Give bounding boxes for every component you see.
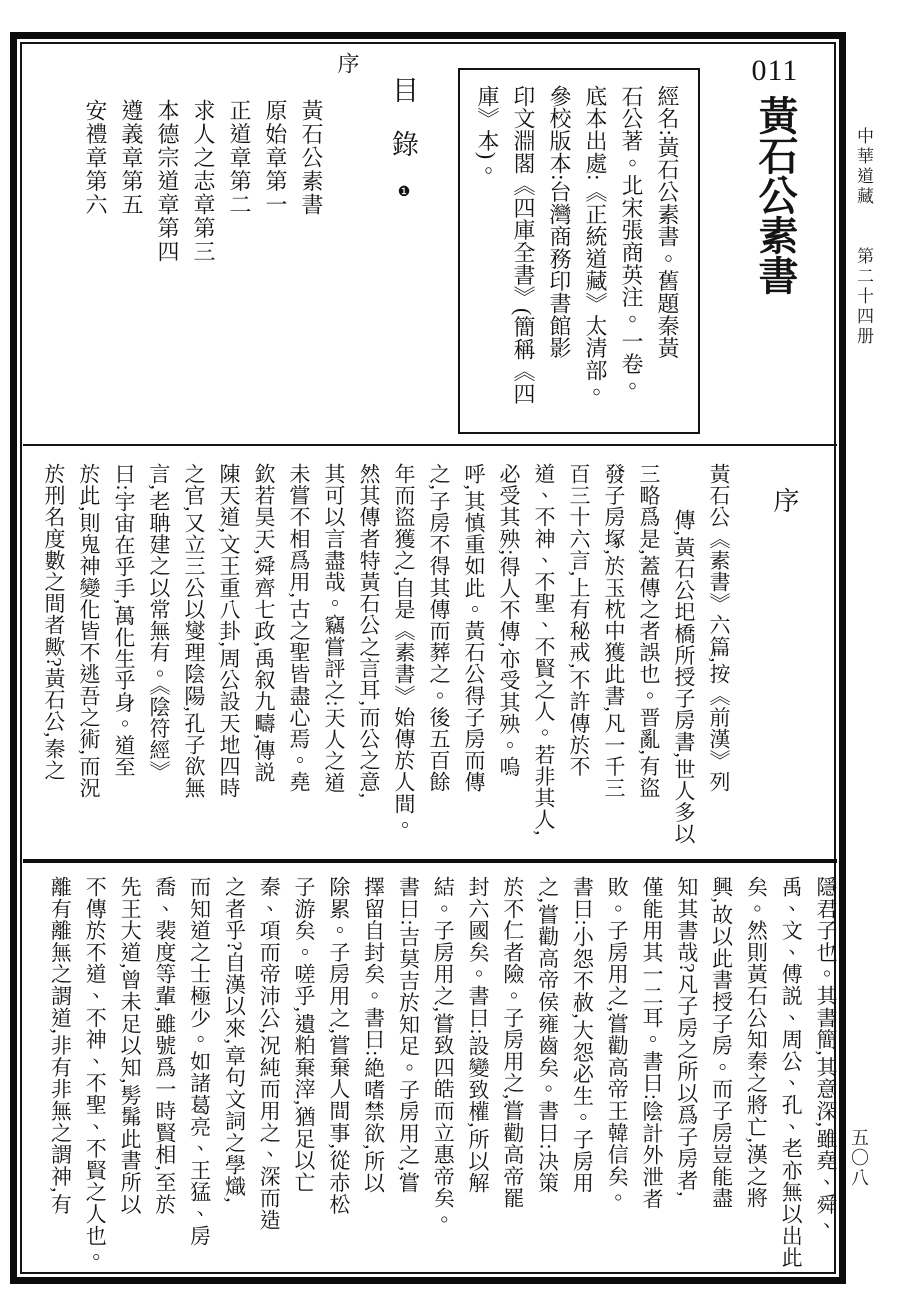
bibliography-columns: 經名:黃石公素書。舊題秦黃石公著。北宋張商英注。一卷。底本出處:《正統道藏》太清… [470, 85, 685, 417]
preface-section: 序 黃石公《素書》六篇,按《前漢》列傳,黃石公圯橋所授子房書,世人多以三略爲是,… [45, 463, 802, 854]
text-column: 黃石公《素書》六篇,按《前漢》列 [701, 463, 736, 854]
book-title: 黃石公素書 [755, 95, 795, 295]
page-number: 五〇八 [846, 1128, 872, 1218]
section-divider-top [23, 444, 837, 446]
bibliography-column: 經名:黃石公素書。舊題秦黃 [649, 85, 685, 417]
body-section: 隱君子也。其書簡,其意深,雖堯、舜、禹、文、傅説、周公、孔、老亦無以出此矣。然則… [40, 876, 843, 1282]
text-column: 三略爲是,蓋傳之者誤也。晋亂,有盜 [631, 463, 666, 854]
text-column: 僅能用其一二耳。書曰:陰計外泄者 [634, 876, 669, 1282]
text-column: 敗。子房用之,嘗勸高帝王韓信矣。 [599, 876, 634, 1282]
section-divider-middle [23, 859, 837, 863]
entry-number: 011 [733, 54, 817, 87]
text-column: 必受其殃;得人不傳,亦受其殃。嗚 [491, 463, 526, 854]
text-column: 言,老聃建之以常無有。《陰符經》 [141, 463, 176, 854]
text-column: 於刑名度數之間者歟?黃石公,秦之 [36, 463, 71, 854]
bibliography-column: 底本出處:《正統道藏》太清部。 [577, 85, 613, 417]
text-column: 喬、裴度等輩,雖號爲一時賢相,至於 [147, 876, 182, 1282]
text-column: 離有離無之謂道,非有非無之謂神,有 [43, 876, 78, 1282]
text-column: 之,嘗勸高帝侯雍齒矣。書曰:决策 [530, 876, 565, 1282]
text-column: 而知道之士極少。如諸葛亮、王猛、房 [182, 876, 217, 1282]
text-column: 不傳於不道、不神、不聖、不賢之人也。 [77, 876, 112, 1282]
toc-item: 安禮章第六 [77, 52, 113, 437]
text-column: 擇留自封矣。書曰:絶嗜禁欲,所以 [356, 876, 391, 1282]
collection-title: 中華道藏 [854, 127, 873, 207]
preface-heading: 序 [766, 463, 802, 854]
footnote-marker: ❶ [396, 184, 411, 200]
toc-heading: 目錄❶ [384, 76, 423, 276]
text-column: 秦、項而帝沛公,况純而用之、深而造 [251, 876, 286, 1282]
toc-item: 原始章第一 [257, 52, 293, 437]
bibliography-box: 經名:黃石公素書。舊題秦黃石公著。北宋張商英注。一卷。底本出處:《正統道藏》太清… [458, 68, 700, 434]
text-column: 發子房塚,於玉枕中獲此書,凡一千三 [596, 463, 631, 854]
toc-item: 黃石公素書 [293, 52, 329, 437]
text-column: 之,子房不得其傳而葬之。後五百餘 [421, 463, 456, 854]
volume-label: 第二十四册 [854, 247, 873, 347]
text-column: 之者乎?自漢以來,章句文詞之學熾, [217, 876, 252, 1282]
text-column: 結。子房用之,嘗致四皓而立惠帝矣。 [425, 876, 460, 1282]
text-column: 年而盜獲之,自是《素書》始傳於人間。 [386, 463, 421, 854]
text-column: 於不仁者險。子房用之,嘗勸高帝罷 [495, 876, 530, 1282]
text-column: 欽若昊天,舜齊七政,禹叙九疇,傳説 [246, 463, 281, 854]
toc-heading-label: 目錄 [388, 76, 418, 184]
text-column: 然其傳者特黃石公之言耳,而公之意, [351, 463, 386, 854]
bibliography-column: 庫》本)。 [469, 85, 505, 417]
text-column: 傳,黃石公圯橋所授子房書,世人多以 [666, 463, 701, 854]
scanned-book-page: { "edition_margin": { "collection": "中華道… [0, 0, 900, 1300]
text-column: 未嘗不相爲用,古之聖皆盡心焉。堯 [281, 463, 316, 854]
text-column: 其可以言盡哉。竊嘗評之:天人之道 [316, 463, 351, 854]
text-column: 子游矣。嗟乎,遺粕棄滓,猶足以亡 [286, 876, 321, 1282]
bibliography-column: 參校版本:台灣商務印書館影 [541, 85, 577, 417]
text-column: 呼,其慎重如此。黃石公得子房而傳 [456, 463, 491, 854]
edition-margin-text: 中華道藏 第二十四册 [851, 127, 876, 387]
text-column: 之官,又立三公以燮理陰陽,孔子欲無 [176, 463, 211, 854]
text-column: 矣。然則黃石公知秦之將亡,漢之將 [739, 876, 774, 1282]
text-column: 先王大道,曾未足以知,髣髴此書所以 [112, 876, 147, 1282]
toc-item: 本德宗道章第四 [149, 52, 185, 437]
toc-item: 序 [329, 52, 365, 437]
text-column: 封六國矣。書曰:設變致權,所以解 [460, 876, 495, 1282]
text-column: 除累。子房用之,嘗棄人間事,從赤松 [321, 876, 356, 1282]
header-block: 011 黃石公素書 [733, 54, 817, 295]
text-column: 隱君子也。其書簡,其意深,雖堯、舜、 [808, 876, 843, 1282]
text-column: 興,故以此書授子房。而子房豈能盡 [704, 876, 739, 1282]
text-column: 道、不神、不聖、不賢之人。若非其人, [526, 463, 561, 854]
text-column: 知其書哉?凡子房之所以爲子房者, [669, 876, 704, 1282]
text-column: 禹、文、傅説、周公、孔、老亦無以出此 [773, 876, 808, 1282]
bibliography-column: 石公著。北宋張商英注。一卷。 [613, 85, 649, 417]
toc-list: 序黃石公素書原始章第一正道章第二求人之志章第三本德宗道章第四遵義章第五安禮章第六 [68, 52, 365, 437]
text-column: 書曰:吉莫吉於知足。子房用之,嘗 [391, 876, 426, 1282]
text-column: 於此,則鬼神變化皆不逃吾之術,而況 [71, 463, 106, 854]
text-column: 書曰:小怨不赦,大怨必生。子房用 [565, 876, 600, 1282]
toc-item: 求人之志章第三 [185, 52, 221, 437]
bibliography-column: 印文淵閣《四庫全書》(簡稱《四 [505, 85, 541, 417]
toc-item: 遵義章第五 [113, 52, 149, 437]
text-column: 百三十六言,上有秘戒,不許傳於不 [561, 463, 596, 854]
toc-item: 正道章第二 [221, 52, 257, 437]
text-column: 陳天道,文王重八卦,周公設天地四時 [211, 463, 246, 854]
text-column: 曰:宇宙在乎手,萬化生乎身。道至 [106, 463, 141, 854]
